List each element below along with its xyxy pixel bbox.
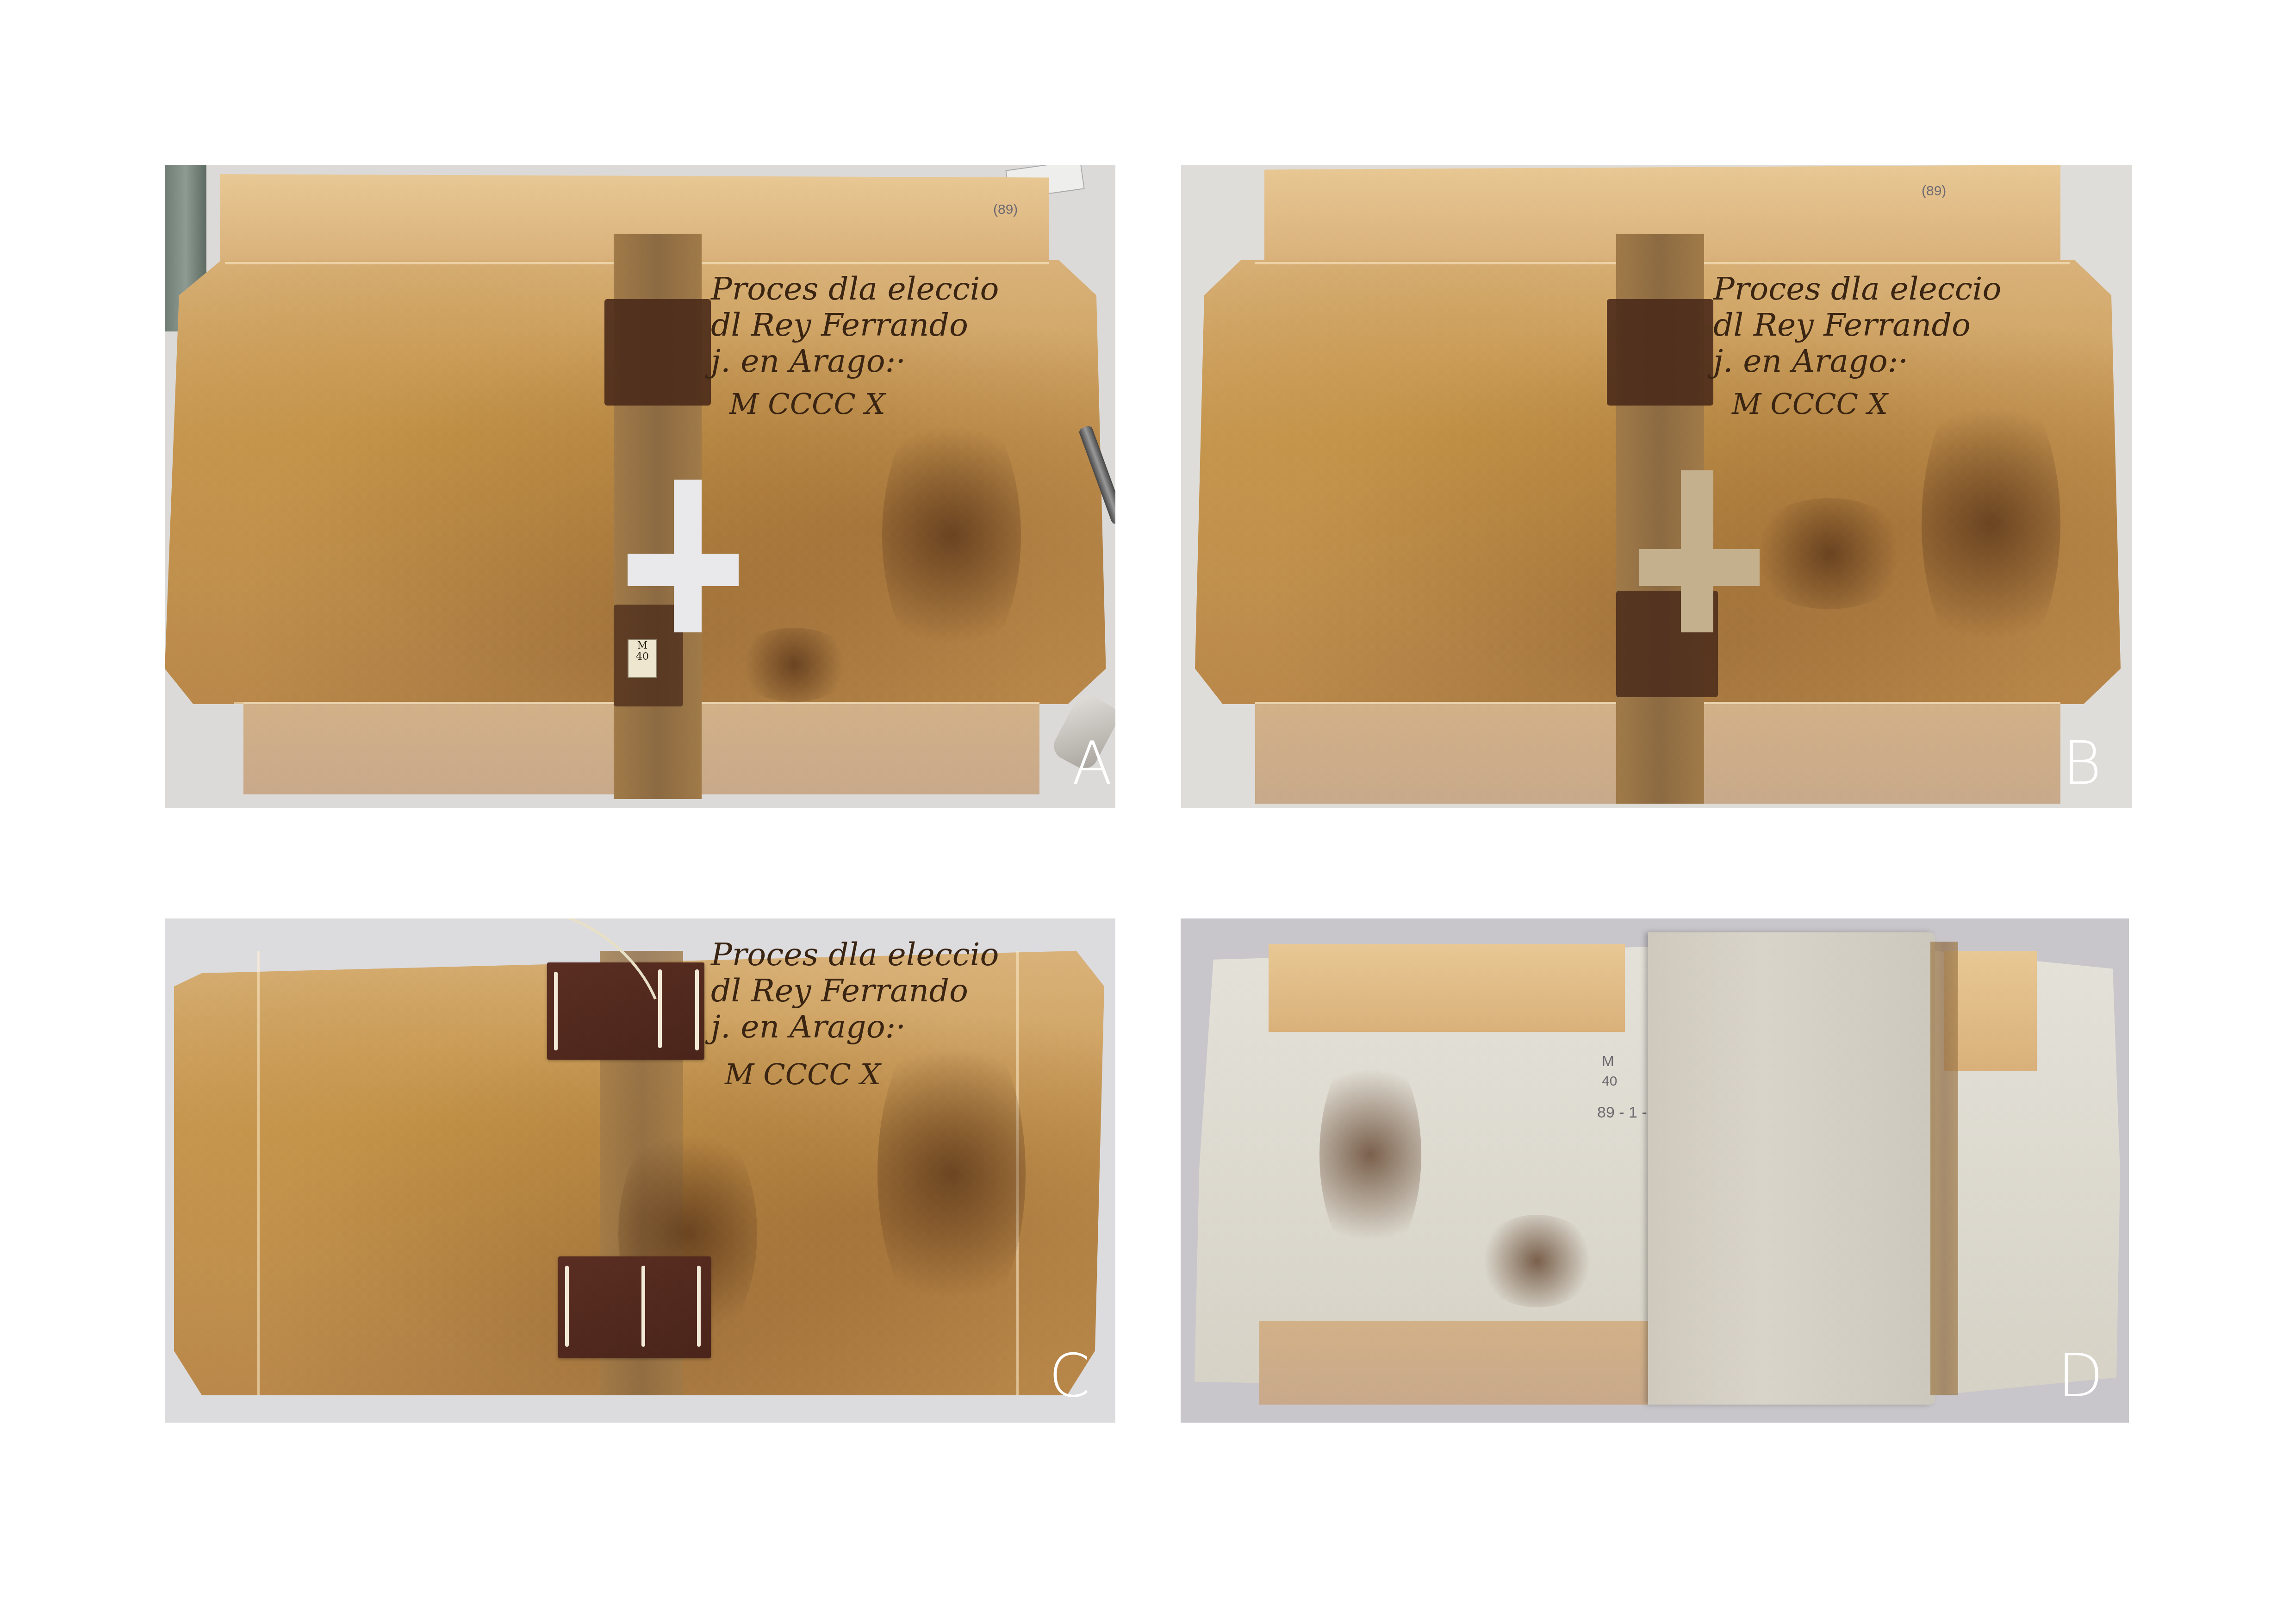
infill-horizontal [1639, 549, 1760, 586]
stain [734, 628, 854, 702]
panel-a: M 40 Proces dla eleccio dl Rey Ferrando … [165, 165, 1115, 808]
stain [1319, 1043, 1421, 1266]
stain [877, 1011, 1026, 1335]
stain [1746, 498, 1912, 609]
title-inscription: Proces dla eleccio dl Rey Ferrando j. en… [711, 271, 999, 380]
stain-top-spine [1607, 299, 1713, 406]
leather-patch-bottom [558, 1256, 711, 1358]
fold-line [257, 951, 260, 1395]
stain-top-spine [604, 299, 711, 406]
stain [1477, 1215, 1597, 1307]
pencil-note: (89) [1922, 183, 1946, 199]
pencil-note-shelfmark: M [1602, 1053, 1614, 1070]
panel-c: Proces dla eleccio dl Rey Ferrando j. en… [165, 918, 1115, 1423]
stitch [641, 1266, 645, 1347]
pencil-note: (89) [993, 202, 1018, 218]
panel-label-d: D [2058, 1347, 2103, 1406]
stitch [695, 969, 699, 1050]
turn-in-bottom [1259, 1321, 1667, 1405]
stitch [565, 1266, 569, 1347]
turn-in-top [1269, 944, 1625, 1032]
title-inscription: Proces dla eleccio dl Rey Ferrando j. en… [1713, 271, 2002, 380]
spine-label: M 40 [628, 639, 657, 678]
paper-text-block [1648, 932, 1935, 1405]
date-inscription: M CCCC X [729, 387, 885, 421]
panel-label-c: C [1049, 1347, 1090, 1406]
turn-in-right-top [1944, 951, 2037, 1071]
panel-b: Proces dla eleccio dl Rey Ferrando j. en… [1181, 165, 2132, 808]
pencil-note-number: 40 [1602, 1074, 1617, 1089]
stain [882, 396, 1021, 674]
panel-d: M 40 G.C 1871 89 - 1 - 10 D [1181, 918, 2129, 1423]
date-inscription: M CCCC X [725, 1057, 881, 1091]
spine [1930, 942, 1958, 1395]
date-inscription: M CCCC X [1732, 387, 1888, 421]
loss-hole-horizontal [628, 554, 739, 586]
stitch [697, 1266, 701, 1347]
title-inscription: Proces dla eleccio dl Rey Ferrando j. en… [711, 937, 999, 1046]
panel-label-a: A [1072, 734, 1113, 793]
stain [1922, 373, 2060, 674]
panel-label-b: B [2063, 734, 2102, 793]
